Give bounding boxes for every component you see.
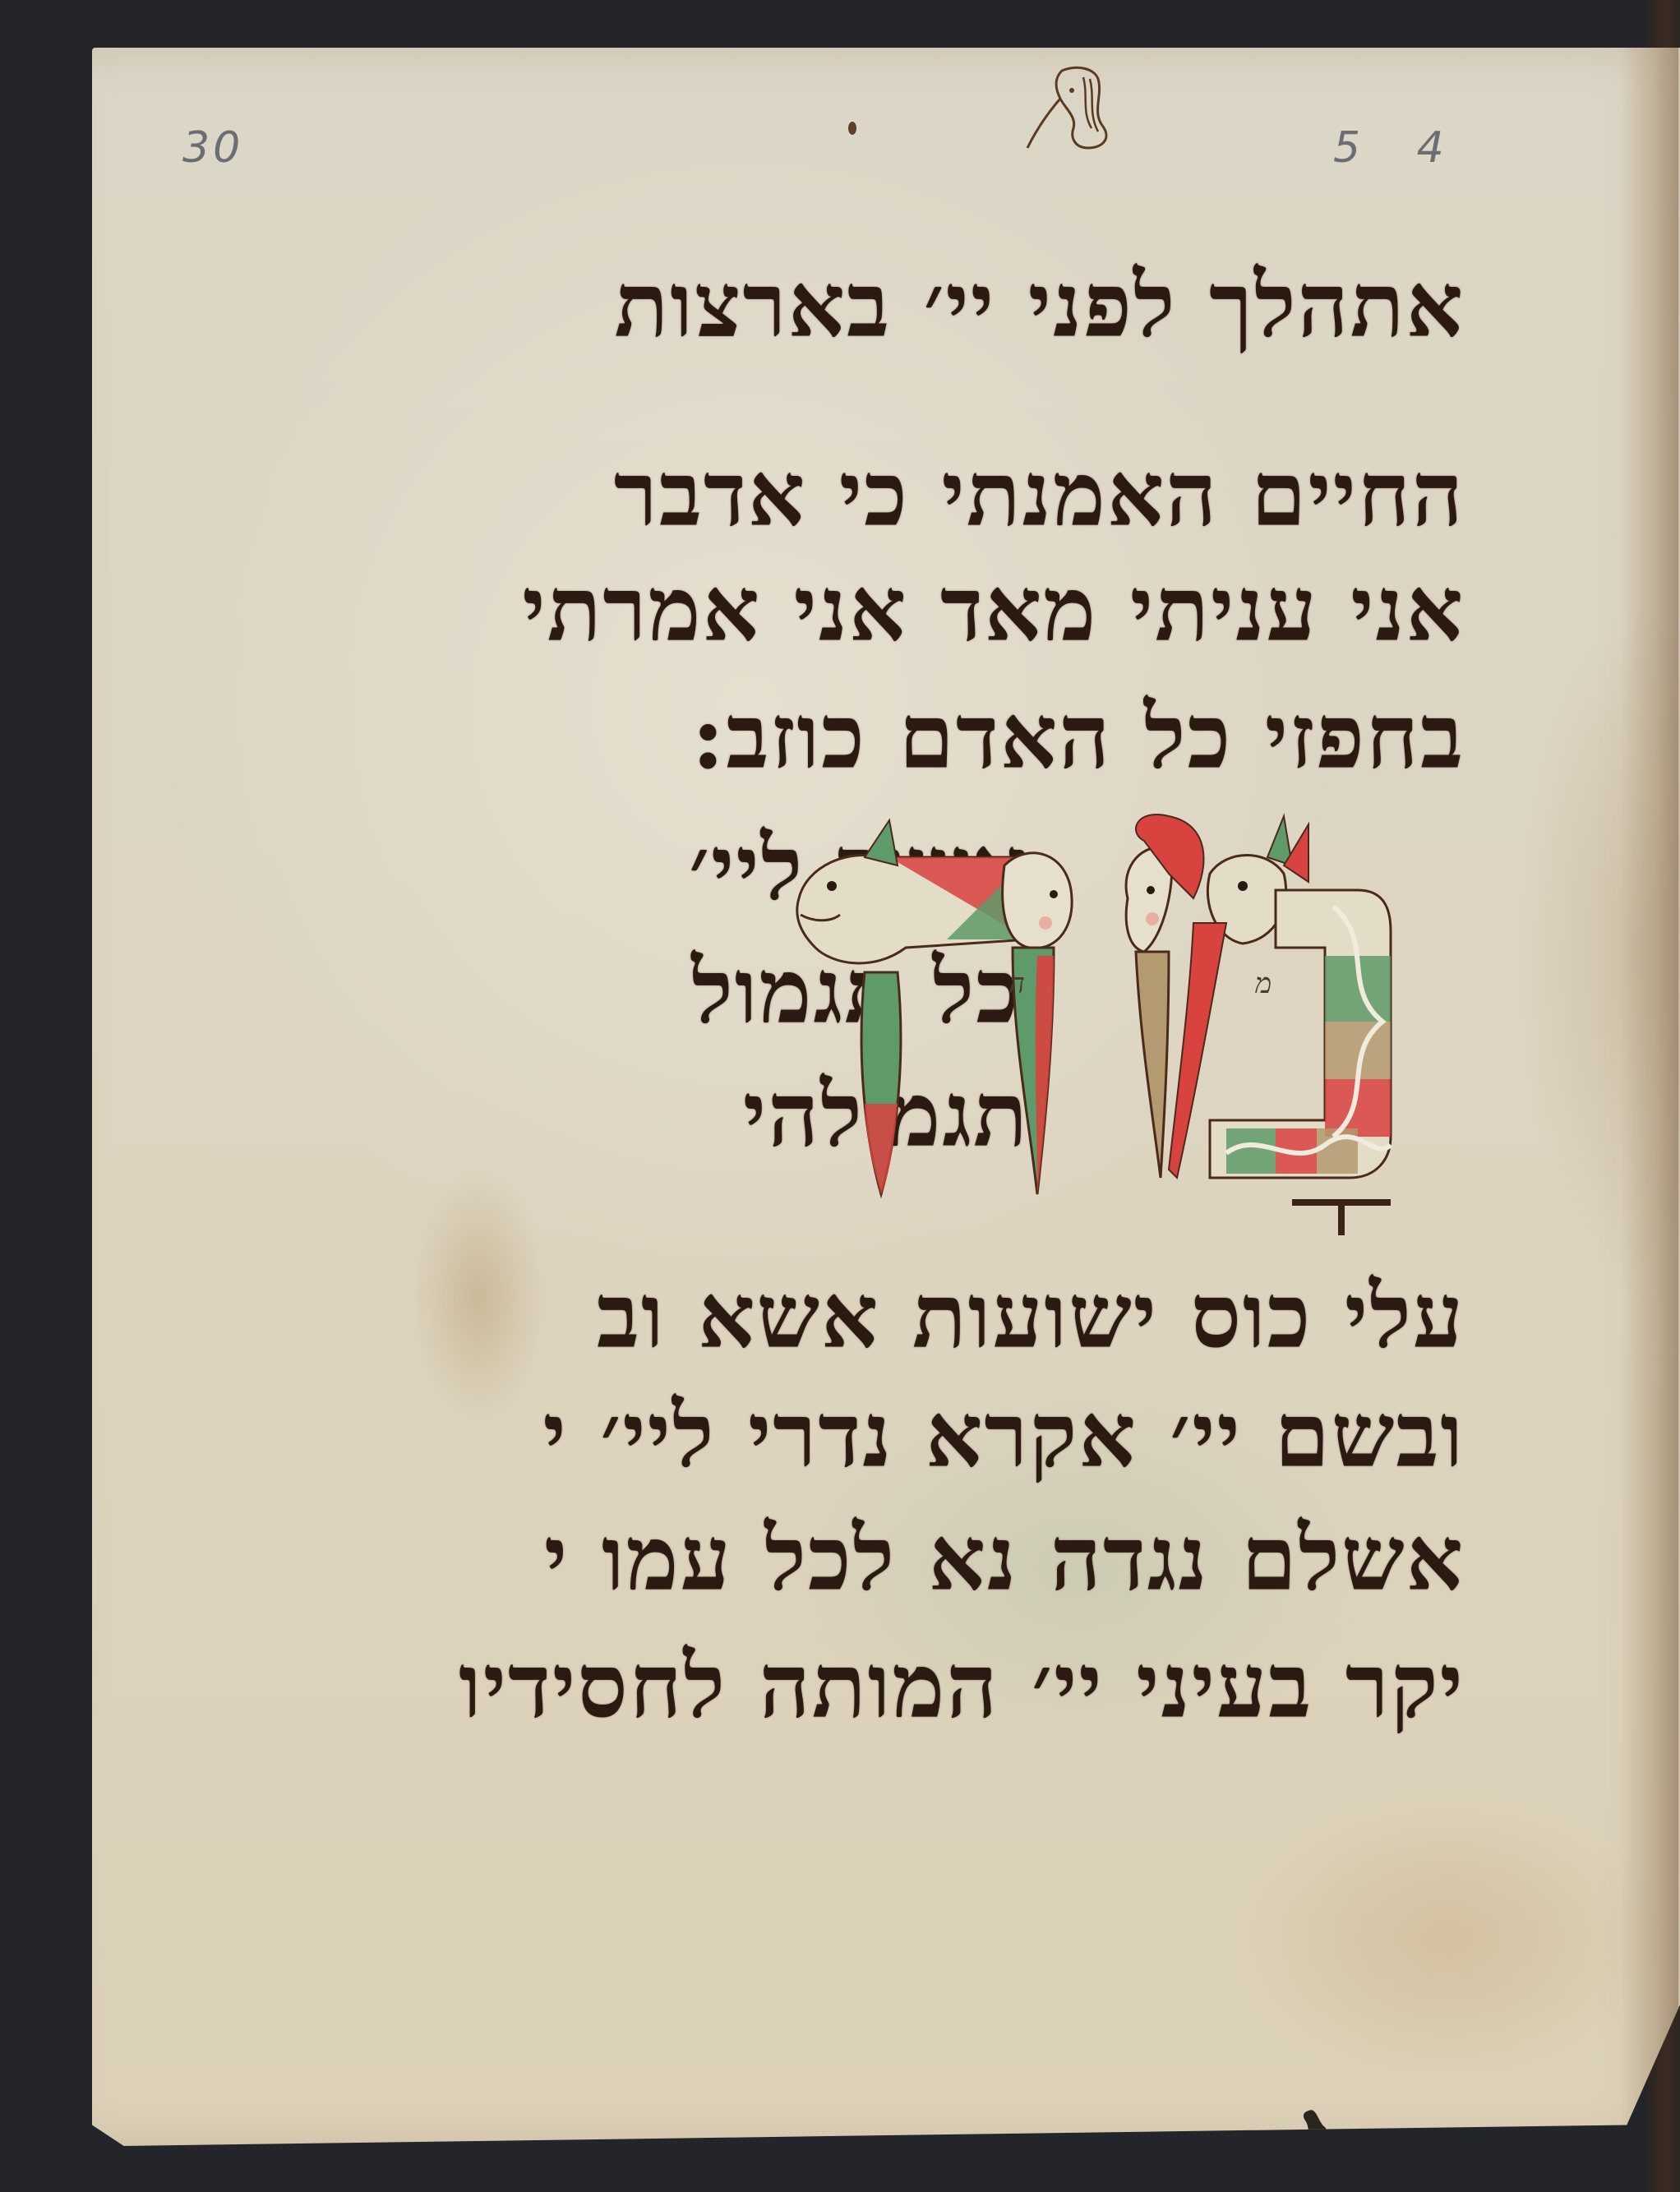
text-line-6: ובשם יי׳ אקרא נדרי ליי׳ י (542, 1391, 1465, 1480)
guide-letter-mem: מ (1255, 967, 1272, 1000)
text-line-7: אשלם נגדה נא לכל עמו י (544, 1515, 1465, 1604)
text-line-5: עלי כוס ישועות אשא וב (597, 1272, 1465, 1361)
ink-spot (848, 122, 856, 135)
beast-head-figure-icon (797, 820, 1029, 963)
text-line-2: החיים האמנתי כי אדבר (614, 450, 1465, 539)
text-line-4: בחפזי כל האדם כוזב: (692, 693, 1465, 782)
text-line-3: אני עניתי מאד אני אמרתי (522, 565, 1465, 654)
folio-number-right: 5 4 (1333, 123, 1465, 173)
ink-blot-icon (1300, 2102, 1333, 2152)
manuscript-page: 30 5 4 אתהלך לפני יי׳ בארצות החיים האמנת… (92, 48, 1680, 2146)
text-line-1: אתהלך לפני יי׳ בארצות (614, 261, 1465, 350)
text-line-8: יקר בעיני יי׳ המותה לחסידיו (459, 1642, 1465, 1731)
marginal-head-doodle-icon (1013, 62, 1128, 161)
guide-letter-he: ה (1008, 967, 1025, 1000)
folio-number-left: 30 (182, 123, 243, 173)
page-fold-shadow (1621, 48, 1678, 2146)
human-head-figure-left-icon (1003, 853, 1072, 1194)
illuminated-initial-word: ה מ (782, 808, 1498, 1235)
